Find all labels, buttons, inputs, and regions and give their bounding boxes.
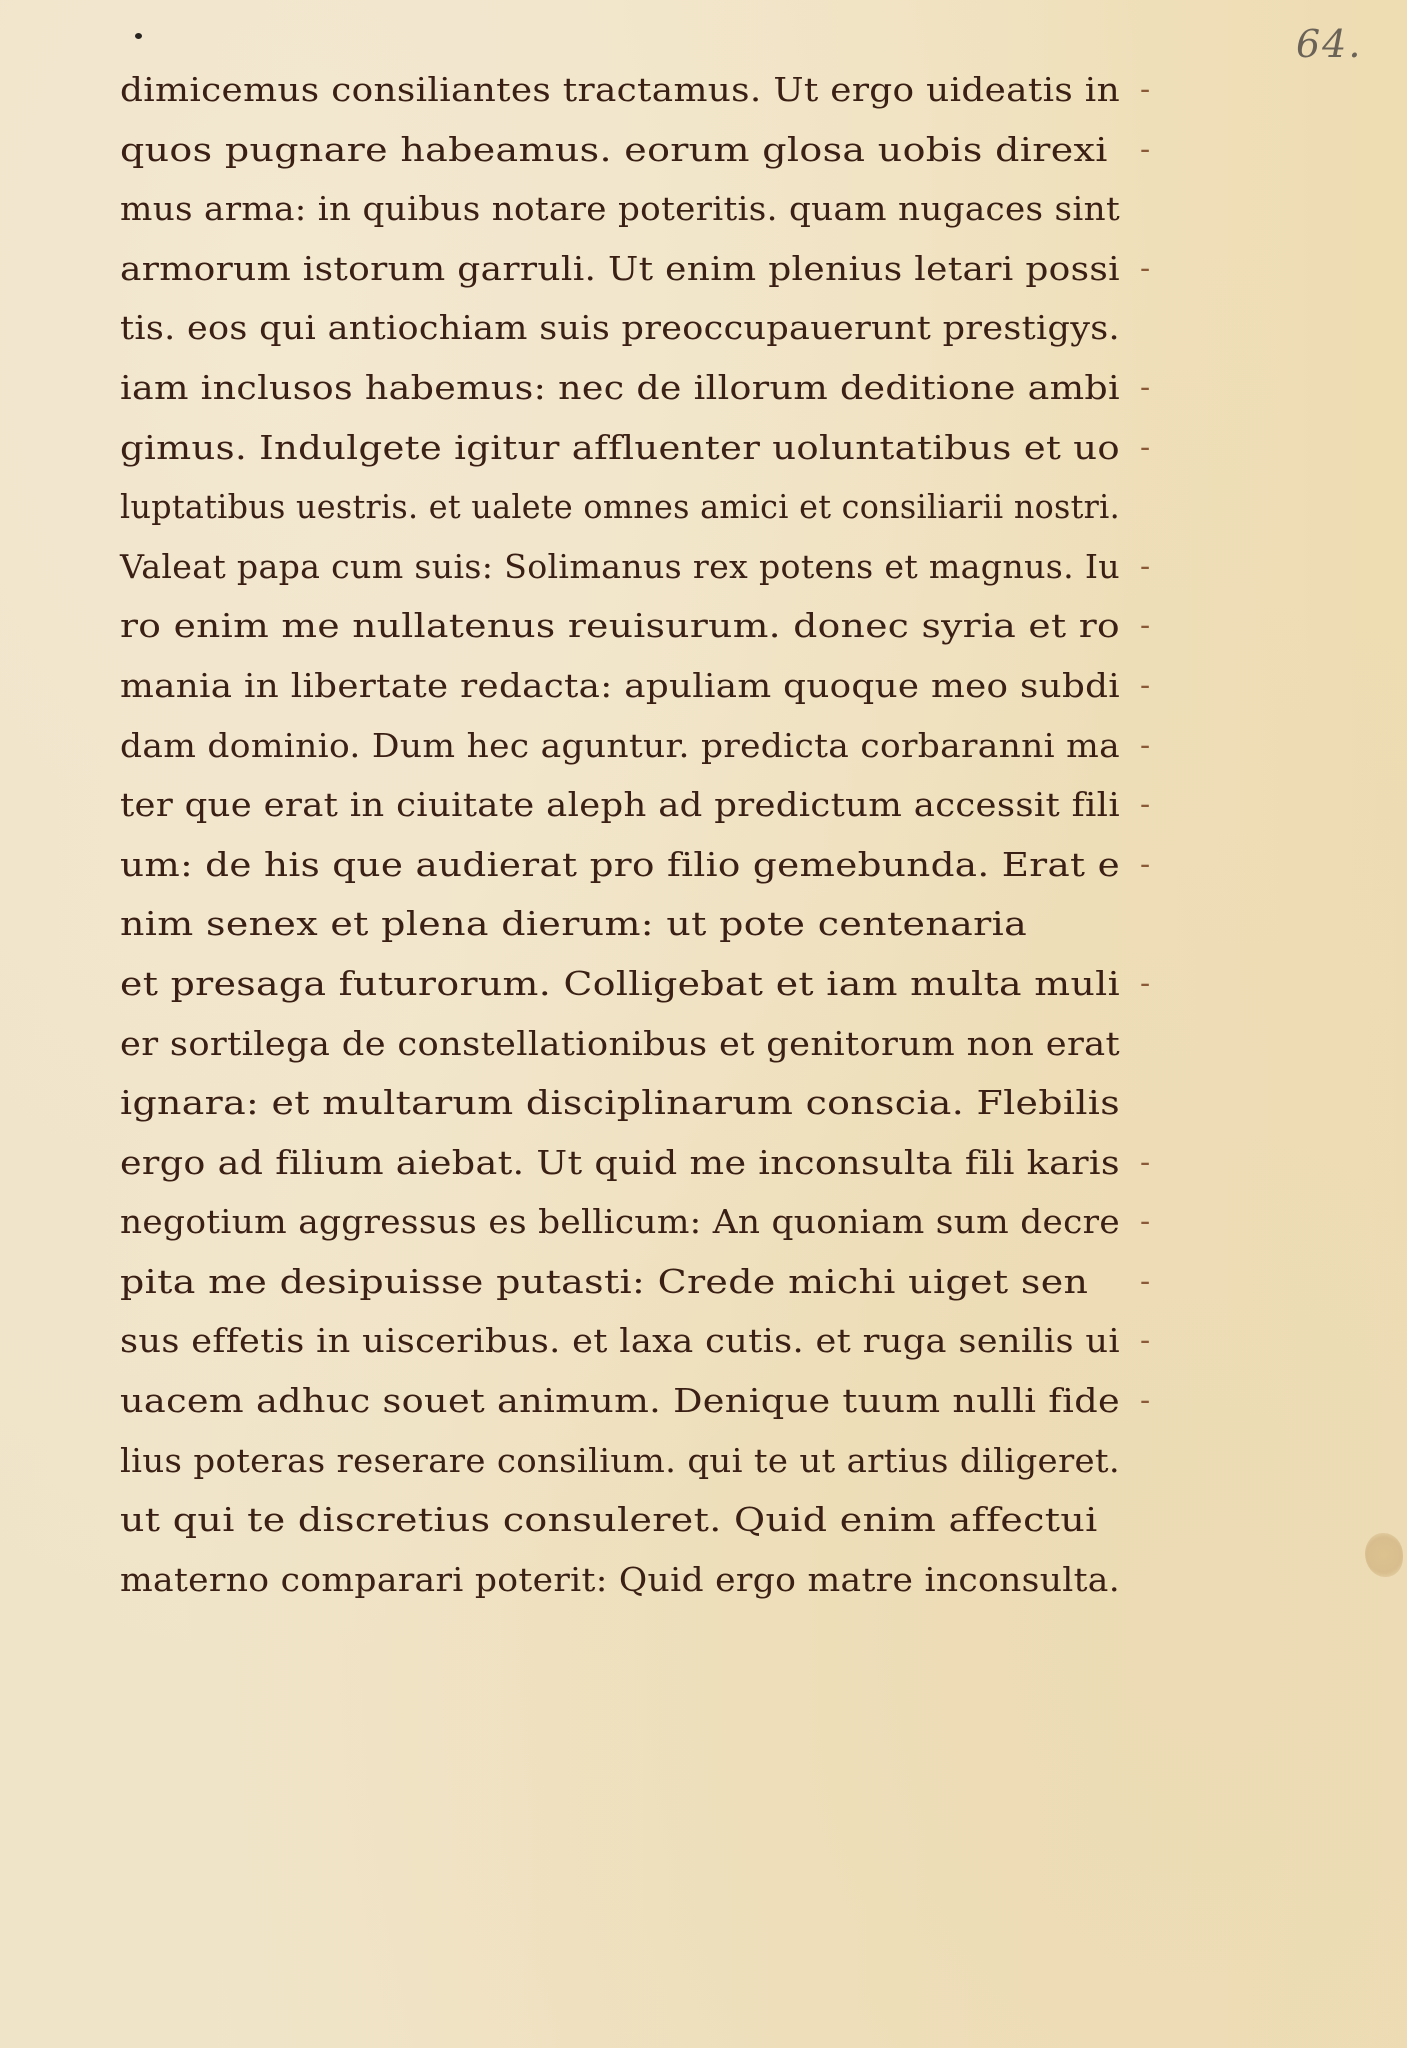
line-hyphen: -: [1140, 1252, 1150, 1312]
manuscript-line: mus arma: in quibus notare poteritis. qu…: [120, 179, 1160, 239]
manuscript-line: ro enim me nullatenus reuisurum. donec s…: [120, 596, 1160, 656]
line-text: gimus. Indulgete igitur affluenter uolun…: [120, 418, 1120, 478]
line-hyphen: -: [1140, 537, 1150, 597]
text-block: dimicemus consiliantes tractamus. Ut erg…: [120, 60, 1160, 1609]
manuscript-line: iam inclusos habemus: nec de illorum ded…: [120, 358, 1160, 418]
line-text: luptatibus uestris. et ualete omnes amic…: [120, 477, 1120, 537]
line-hyphen: -: [1140, 239, 1150, 299]
manuscript-line: nim senex et plena dierum: ut pote cente…: [120, 894, 1160, 954]
line-text: dimicemus consiliantes tractamus. Ut erg…: [120, 60, 1120, 120]
line-text: pita me desipuisse putasti: Crede michi …: [120, 1252, 1088, 1312]
manuscript-line: quos pugnare habeamus. eorum glosa uobis…: [120, 120, 1160, 180]
line-hyphen: -: [1140, 1192, 1150, 1252]
manuscript-line: armorum istorum garruli. Ut enim plenius…: [120, 239, 1160, 299]
line-text: tis. eos qui antiochiam suis preoccupaue…: [120, 298, 1120, 358]
manuscript-line: luptatibus uestris. et ualete omnes amic…: [120, 477, 1160, 537]
line-text: negotium aggressus es bellicum: An quoni…: [120, 1192, 1120, 1252]
line-text: et presaga futurorum. Colligebat et iam …: [120, 954, 1120, 1014]
line-text: Valeat papa cum suis: Solimanus rex pote…: [120, 537, 1120, 597]
line-text: nim senex et plena dierum: ut pote cente…: [120, 894, 1027, 954]
line-text: ignara: et multarum disciplinarum consci…: [120, 1073, 1120, 1133]
line-text: materno comparari poterit: Quid ergo mat…: [120, 1550, 1120, 1610]
line-text: um: de his que audierat pro filio gemebu…: [120, 835, 1120, 895]
line-hyphen: -: [1140, 596, 1150, 656]
line-hyphen: -: [1140, 835, 1150, 895]
line-text: ter que erat in ciuitate aleph ad predic…: [120, 775, 1120, 835]
line-text: er sortilega de constellationibus et gen…: [120, 1014, 1120, 1074]
manuscript-line: sus effetis in uisceribus. et laxa cutis…: [120, 1311, 1160, 1371]
manuscript-line: Valeat papa cum suis: Solimanus rex pote…: [120, 537, 1160, 597]
manuscript-line: negotium aggressus es bellicum: An quoni…: [120, 1192, 1160, 1252]
manuscript-line: ergo ad filium aiebat. Ut quid me incons…: [120, 1133, 1160, 1193]
line-hyphen: -: [1140, 1371, 1150, 1431]
line-hyphen: -: [1140, 120, 1150, 180]
line-hyphen: -: [1140, 656, 1150, 716]
manuscript-line: materno comparari poterit: Quid ergo mat…: [120, 1550, 1160, 1610]
line-text: mus arma: in quibus notare poteritis. qu…: [120, 179, 1120, 239]
line-text: armorum istorum garruli. Ut enim plenius…: [120, 239, 1120, 299]
line-text: uacem adhuc souet animum. Denique tuum n…: [120, 1371, 1120, 1431]
line-hyphen: -: [1140, 1311, 1150, 1371]
line-text: ro enim me nullatenus reuisurum. donec s…: [120, 596, 1120, 656]
line-text: dam dominio. Dum hec aguntur. predicta c…: [120, 716, 1120, 776]
manuscript-line: ter que erat in ciuitate aleph ad predic…: [120, 775, 1160, 835]
manuscript-line: dimicemus consiliantes tractamus. Ut erg…: [120, 60, 1160, 120]
manuscript-line: et presaga futurorum. Colligebat et iam …: [120, 954, 1160, 1014]
line-text: quos pugnare habeamus. eorum glosa uobis…: [120, 120, 1108, 180]
manuscript-line: gimus. Indulgete igitur affluenter uolun…: [120, 418, 1160, 478]
manuscript-line: dam dominio. Dum hec aguntur. predicta c…: [120, 716, 1160, 776]
line-text: mania in libertate redacta: apuliam quoq…: [120, 656, 1120, 716]
line-hyphen: -: [1140, 716, 1150, 776]
line-hyphen: -: [1140, 60, 1150, 120]
line-hyphen: -: [1140, 358, 1150, 418]
line-text: sus effetis in uisceribus. et laxa cutis…: [120, 1311, 1120, 1371]
manuscript-line: uacem adhuc souet animum. Denique tuum n…: [120, 1371, 1160, 1431]
manuscript-line: pita me desipuisse putasti: Crede michi …: [120, 1252, 1160, 1312]
line-hyphen: -: [1140, 1133, 1150, 1193]
manuscript-line: ignara: et multarum disciplinarum consci…: [120, 1073, 1160, 1133]
folio-number: 64.: [1296, 22, 1362, 66]
manuscript-line: ut qui te discretius consuleret. Quid en…: [120, 1490, 1160, 1550]
ink-dot: [135, 33, 142, 39]
line-hyphen: -: [1140, 954, 1150, 1014]
manuscript-line: er sortilega de constellationibus et gen…: [120, 1014, 1160, 1074]
line-text: iam inclusos habemus: nec de illorum ded…: [120, 358, 1120, 418]
line-text: lius poteras reserare consilium. qui te …: [120, 1431, 1120, 1491]
line-hyphen: -: [1140, 418, 1150, 478]
manuscript-line: lius poteras reserare consilium. qui te …: [120, 1431, 1160, 1491]
parchment-stain: [1365, 1533, 1403, 1577]
line-text: ut qui te discretius consuleret. Quid en…: [120, 1490, 1098, 1550]
manuscript-line: tis. eos qui antiochiam suis preoccupaue…: [120, 298, 1160, 358]
manuscript-line: um: de his que audierat pro filio gemebu…: [120, 835, 1160, 895]
manuscript-line: mania in libertate redacta: apuliam quoq…: [120, 656, 1160, 716]
line-hyphen: -: [1140, 775, 1150, 835]
line-text: ergo ad filium aiebat. Ut quid me incons…: [120, 1133, 1120, 1193]
